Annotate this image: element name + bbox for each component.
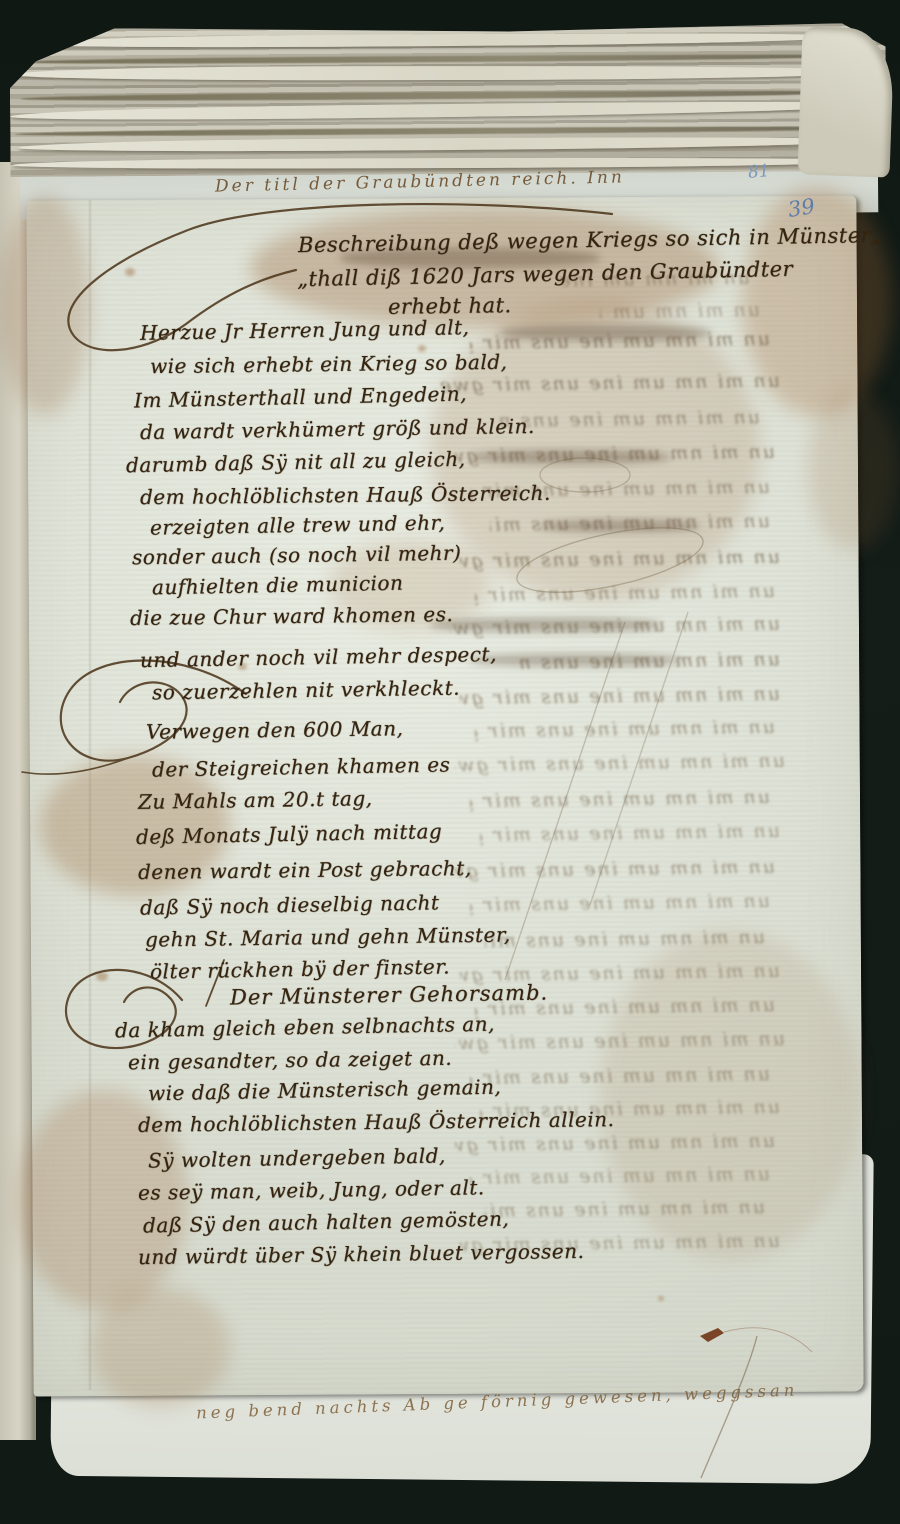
section-heading: Der Münsterer Gehorsamb.: [230, 981, 548, 1010]
showthrough-line: un mi nm um ine uns mir gwe sen der mit …: [440, 370, 780, 401]
poem-line: aufhielten die municion: [152, 571, 404, 600]
showthrough-line: un mi nm um ine uns mir gwe sen der mit …: [460, 546, 780, 576]
manuscript-photo: un mi nm um ine uns mir gwe sen der mit …: [0, 0, 900, 1524]
poem-line: erzeigten alle trew und ehr,: [150, 510, 446, 539]
showthrough-line: un mi nm um ine uns mir gwe sen der mit …: [455, 856, 775, 886]
showthrough-line: un mi nm um ine uns mir gwe sen der mit …: [500, 406, 760, 436]
poem-line: gehn St. Maria und gehn Münster,: [145, 922, 511, 951]
poem-line: dem hochlöblichsten Hauß Österreich.: [140, 481, 551, 509]
showthrough-line: un mi nm um ine uns mir gwe sen der mit …: [485, 1196, 765, 1226]
showthrough-line: un mi nm um ine uns mir gwe sen der mit …: [475, 580, 775, 610]
showthrough-line: un mi nm um ine uns mir gwe sen der mit …: [475, 716, 775, 746]
showthrough-line: un mi nm um ine uns mir gwe sen der mit …: [470, 890, 770, 920]
poem-line: sonder auch (so noch vil mehr): [132, 541, 462, 570]
showthrough-line: un mi nm um ine uns mir gwe sen der mit …: [450, 613, 780, 644]
showthrough-line: un mi nm um ine uns mir gwe sen der mit …: [480, 820, 780, 850]
showthrough-line: un mi nm um ine uns mir gwe sen der mit …: [600, 299, 760, 327]
showthrough-line: un mi nm um ine uns mir gwe sen der mit …: [455, 1028, 785, 1059]
folio-number-behind: 81: [747, 161, 770, 183]
showthrough-line: un mi nm um ine uns mir gwe sen der mit …: [455, 441, 775, 471]
showthrough-line: un mi nm um ine uns mir gwe sen der mit …: [520, 648, 780, 678]
showthrough-line: un mi nm um ine uns mir gwe sen der mit …: [455, 750, 785, 781]
poem-line: Zu Mahls am 20.t tag,: [138, 786, 373, 814]
poem-line: ein gesandter, so da zeiget an.: [128, 1046, 452, 1075]
poem-line: die zue Chur ward khomen es.: [130, 602, 454, 630]
poem-line: denen wardt ein Post gebracht,: [138, 856, 472, 884]
poem-line: wie sich erhebt ein Krieg so bald,: [150, 350, 508, 378]
poem-line: so zuerzehlen nit verkhleckt.: [152, 676, 460, 705]
showthrough-line: un mi nm um ine uns mir gwe sen der mit …: [485, 926, 765, 956]
showthrough-line: un mi nm um ine uns mir gwe sen der mit …: [455, 1130, 775, 1160]
showthrough-line: un mi nm um ine uns mir gwe sen der mit …: [470, 786, 770, 816]
showthrough-line: un mi nm um ine uns mir gwe sen der mit …: [470, 1063, 770, 1093]
folio-number-current: 39: [786, 194, 816, 222]
showthrough-line: un mi nm um ine uns mir gwe sen der mit …: [460, 683, 780, 713]
showthrough-line: un mi nm um ine uns mir gwe sen der mit …: [470, 328, 770, 358]
showthrough-line: un mi nm um ine uns mir gwe sen der mit …: [470, 1163, 770, 1193]
poem-line: Verwegen den 600 Man,: [146, 716, 404, 744]
showthrough-line: un mi nm um ine uns mir gwe sen der mit …: [490, 510, 770, 540]
